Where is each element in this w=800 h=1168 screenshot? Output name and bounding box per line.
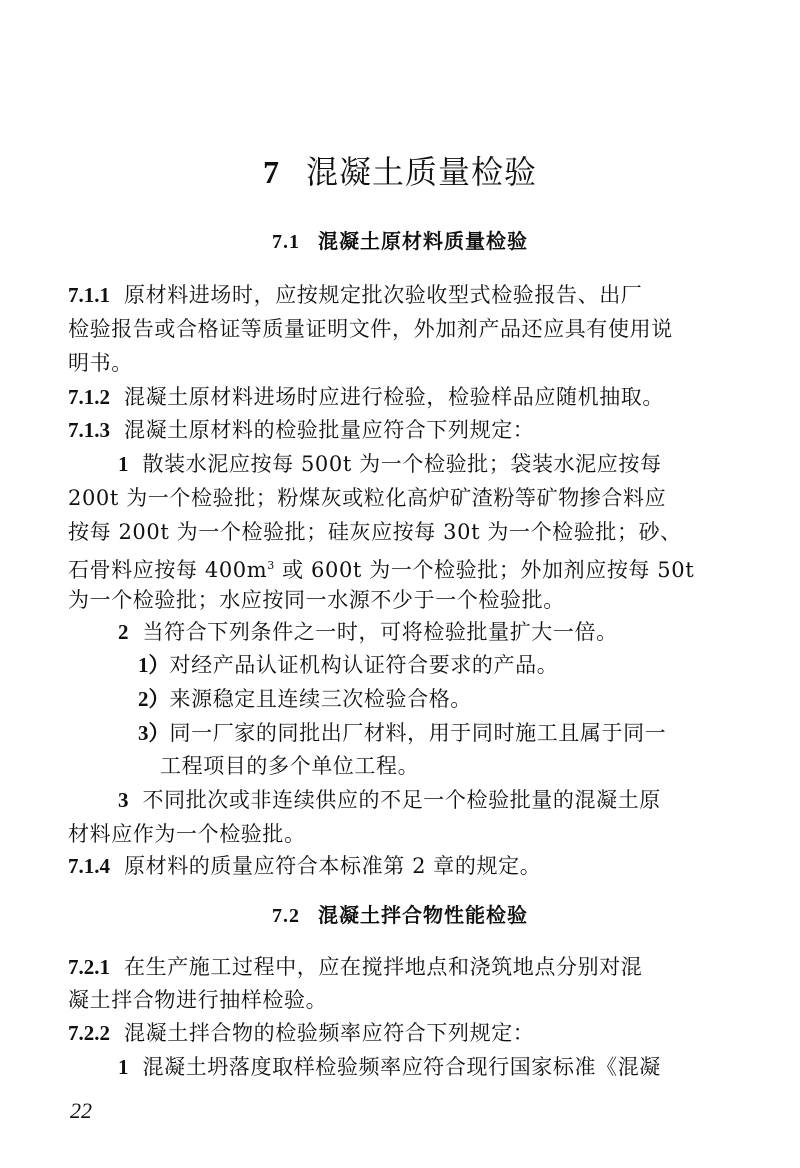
clause-text: 为一个检验批；水应按同一水源不少于一个检验批。 xyxy=(68,588,565,612)
item-number: 3 xyxy=(118,788,129,812)
item-number: 1 xyxy=(118,452,129,476)
clause-text: 对经产品认证机构认证符合要求的产品。 xyxy=(170,653,559,677)
section-number: 7.2 xyxy=(272,905,300,927)
clause-text: 不同批次或非连续供应的不足一个检验批量的混凝土原 xyxy=(143,788,661,812)
clause-text: 散装水泥应按每 500t 为一个检验批；袋装水泥应按每 xyxy=(143,452,662,476)
text-line: 材料应作为一个检验批。 xyxy=(68,822,736,846)
text-line: 明书。 xyxy=(68,351,736,375)
section-title-7-2: 7.2混凝土拌合物性能检验 xyxy=(0,902,800,929)
clause-text: 当符合下列条件之一时，可将检验批量扩大一倍。 xyxy=(143,620,618,644)
subitem-number: 1） xyxy=(138,653,170,677)
clause-text: 来源稳定且连续三次检验合格。 xyxy=(170,687,472,711)
clause-number: 7.2.2 xyxy=(68,1021,110,1045)
clause-7-1-2: 7.1.2混凝土原材料进场时应进行检验，检验样品应随机抽取。 xyxy=(68,385,736,409)
subitem-3: 3）同一厂家的同批出厂材料，用于同时施工且属于同一 xyxy=(138,721,736,745)
item-3: 3不同批次或非连续供应的不足一个检验批量的混凝土原 xyxy=(118,788,736,812)
text-line: 200t 为一个检验批；粉煤灰或粒化高炉矿渣粉等矿物掺合料应 xyxy=(68,486,736,510)
clause-7-2-2: 7.2.2混凝土拌合物的检验频率应符合下列规定： xyxy=(68,1021,736,1045)
clause-number: 7.1.4 xyxy=(68,854,110,878)
section-number: 7.1 xyxy=(272,231,300,253)
clause-7-1-4: 7.1.4原材料的质量应符合本标准第 2 章的规定。 xyxy=(68,854,736,878)
clause-text: 按每 200t 为一个检验批；硅灰应按每 30t 为一个检验批；砂、 xyxy=(68,520,682,544)
clause-number: 7.1.1 xyxy=(68,283,110,307)
text-line: 为一个检验批；水应按同一水源不少于一个检验批。 xyxy=(68,588,736,612)
clause-text: 石骨料应按每 400m xyxy=(68,558,267,582)
clause-7-1-1: 7.1.1原材料进场时，应按规定批次验收型式检验报告、出厂 xyxy=(68,283,736,307)
item-2: 2当符合下列条件之一时，可将检验批量扩大一倍。 xyxy=(118,620,736,644)
clause-number: 7.1.2 xyxy=(68,385,110,409)
chapter-number: 7 xyxy=(263,154,280,190)
subitem-number: 3） xyxy=(138,721,170,745)
clause-text: 同一厂家的同批出厂材料，用于同时施工且属于同一 xyxy=(170,721,667,745)
clause-text: 检验报告或合格证等质量证明文件，外加剂产品还应具有使用说 xyxy=(68,317,673,341)
text-line: 石骨料应按每 400m3 或 600t 为一个检验批；外加剂应按每 50t xyxy=(68,554,736,582)
clause-number: 7.2.1 xyxy=(68,955,110,979)
clause-text: 材料应作为一个检验批。 xyxy=(68,822,306,846)
clause-7-2-1: 7.2.1在生产施工过程中，应在搅拌地点和浇筑地点分别对混 xyxy=(68,955,736,979)
subitem-number: 2） xyxy=(138,687,170,711)
clause-text: 混凝土原材料的检验批量应符合下列规定： xyxy=(124,418,534,442)
clause-text: 200t 为一个检验批；粉煤灰或粒化高炉矿渣粉等矿物掺合料应 xyxy=(68,486,666,510)
subitem-2: 2）来源稳定且连续三次检验合格。 xyxy=(138,687,736,711)
clause-text: 原材料进场时，应按规定批次验收型式检验报告、出厂 xyxy=(124,283,642,307)
item-1: 1混凝土坍落度取样检验频率应符合现行国家标准《混凝 xyxy=(118,1055,736,1079)
clause-text: 工程项目的多个单位工程。 xyxy=(160,754,419,778)
section-title-text: 混凝土拌合物性能检验 xyxy=(318,903,528,927)
page-number: 22 xyxy=(70,1098,92,1124)
clause-text: 混凝土坍落度取样检验频率应符合现行国家标准《混凝 xyxy=(143,1055,661,1079)
chapter-title: 7混凝土质量检验 xyxy=(0,152,800,192)
clause-text: 混凝土拌合物的检验频率应符合下列规定： xyxy=(124,1021,534,1045)
clause-text: 原材料的质量应符合本标准第 2 章的规定。 xyxy=(124,854,541,878)
clause-number: 7.1.3 xyxy=(68,418,110,442)
clause-text: 凝土拌合物进行抽样检验。 xyxy=(68,988,327,1012)
clause-text: 在生产施工过程中，应在搅拌地点和浇筑地点分别对混 xyxy=(124,955,642,979)
text-line: 工程项目的多个单位工程。 xyxy=(160,754,736,778)
clause-7-1-3: 7.1.3混凝土原材料的检验批量应符合下列规定： xyxy=(68,418,736,442)
text-line: 检验报告或合格证等质量证明文件，外加剂产品还应具有使用说 xyxy=(68,317,736,341)
text-line: 凝土拌合物进行抽样检验。 xyxy=(68,988,736,1012)
clause-text: 或 600t 为一个检验批；外加剂应按每 50t xyxy=(275,558,694,582)
chapter-title-text: 混凝土质量检验 xyxy=(306,153,537,191)
item-1: 1散装水泥应按每 500t 为一个检验批；袋装水泥应按每 xyxy=(118,452,736,476)
superscript: 3 xyxy=(267,559,275,572)
clause-text: 混凝土原材料进场时应进行检验，检验样品应随机抽取。 xyxy=(124,385,664,409)
text-line: 按每 200t 为一个检验批；硅灰应按每 30t 为一个检验批；砂、 xyxy=(68,520,736,544)
section-title-text: 混凝土原材料质量检验 xyxy=(318,229,528,253)
item-number: 2 xyxy=(118,620,129,644)
subitem-1: 1）对经产品认证机构认证符合要求的产品。 xyxy=(138,653,736,677)
clause-text: 明书。 xyxy=(68,351,133,375)
item-number: 1 xyxy=(118,1055,129,1079)
section-title-7-1: 7.1混凝土原材料质量检验 xyxy=(0,228,800,255)
